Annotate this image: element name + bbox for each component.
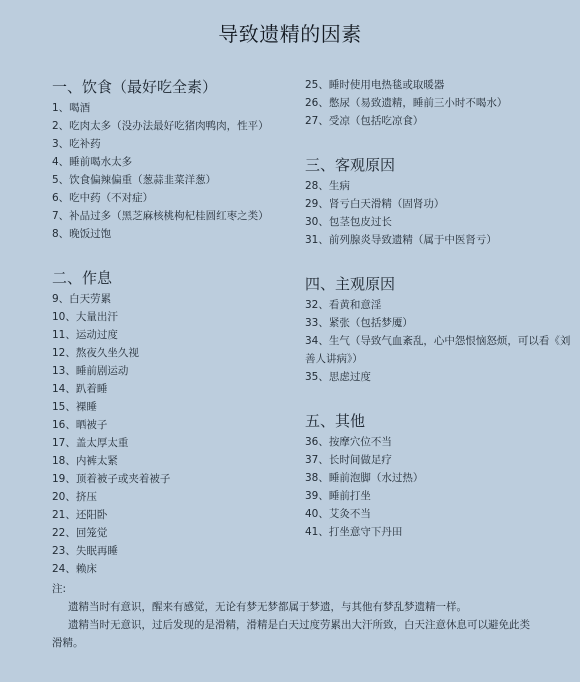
spacer [305, 386, 575, 410]
list-item: 4、睡前喝水太多 [52, 153, 292, 171]
list-item: 35、思虑过度 [305, 368, 575, 386]
list-item: 29、肾亏白天滑精（固肾功） [305, 195, 575, 213]
list-item: 23、失眠再睡 [52, 542, 292, 560]
list-item: 26、憋尿（易致遗精，睡前三小时不喝水） [305, 94, 575, 112]
list-item: 10、大量出汗 [52, 308, 292, 326]
list-item: 38、睡前泡脚（水过热） [305, 469, 575, 487]
list-item: 24、赖床 [52, 560, 292, 578]
list-item: 9、白天劳累 [52, 290, 292, 308]
list-item: 39、睡前打坐 [305, 487, 575, 505]
list-item: 14、趴着睡 [52, 380, 292, 398]
spacer [52, 243, 292, 267]
list-item: 2、吃肉太多（没办法最好吃猪肉鸭肉，性平） [52, 117, 292, 135]
notes-paragraph: 遗精当时无意识，过后发现的是滑精，滑精是白天过度劳累出大汗所致，白天注意休息可以… [52, 616, 532, 652]
list-item: 19、顶着被子或夹着被子 [52, 470, 292, 488]
notes-label: 注: [52, 580, 532, 598]
list-item: 28、生病 [305, 177, 575, 195]
spacer [305, 130, 575, 154]
list-item: 11、运动过度 [52, 326, 292, 344]
notes-block: 注: 遗精当时有意识，醒来有感觉，无论有梦无梦都属于梦遗，与其他有梦乱梦遗精一样… [52, 580, 532, 652]
list-item: 32、看黄和意淫 [305, 296, 575, 314]
list-item: 33、紧张（包括梦魇） [305, 314, 575, 332]
list-item: 22、回笼觉 [52, 524, 292, 542]
notes-paragraph: 遗精当时有意识，醒来有感觉，无论有梦无梦都属于梦遗，与其他有梦乱梦遗精一样。 [52, 598, 532, 616]
list-item: 41、打坐意守下丹田 [305, 523, 575, 541]
list-item: 8、晚饭过饱 [52, 225, 292, 243]
list-item: 18、内裤太紧 [52, 452, 292, 470]
list-item: 21、还阳卧 [52, 506, 292, 524]
list-item: 37、长时间做足疗 [305, 451, 575, 469]
section-heading-diet: 一、饮食（最好吃全素） [52, 76, 292, 98]
list-item: 5、饮食偏辣偏重（葱蒜韭菜洋葱） [52, 171, 292, 189]
list-item: 12、熬夜久坐久视 [52, 344, 292, 362]
list-item: 17、盖太厚太重 [52, 434, 292, 452]
list-item: 31、前列腺炎导致遗精（属于中医肾亏） [305, 231, 575, 249]
list-item: 36、按摩穴位不当 [305, 433, 575, 451]
list-item: 27、受凉（包括吃凉食） [305, 112, 575, 130]
section-heading-objective: 三、客观原因 [305, 154, 575, 176]
right-column: 25、睡时使用电热毯或取暖器 26、憋尿（易致遗精，睡前三小时不喝水） 27、受… [305, 76, 575, 541]
left-column: 一、饮食（最好吃全素） 1、喝酒 2、吃肉太多（没办法最好吃猪肉鸭肉，性平） 3… [52, 76, 292, 578]
list-item: 25、睡时使用电热毯或取暖器 [305, 76, 575, 94]
section-heading-other: 五、其他 [305, 410, 575, 432]
list-item: 13、睡前剧运动 [52, 362, 292, 380]
section-heading-subjective: 四、主观原因 [305, 273, 575, 295]
list-item: 30、包茎包皮过长 [305, 213, 575, 231]
list-item: 3、吃补药 [52, 135, 292, 153]
list-item: 7、补品过多（黑芝麻核桃枸杞桂圆红枣之类） [52, 207, 292, 225]
page-title: 导致遗精的因素 [0, 18, 580, 47]
list-item: 16、晒被子 [52, 416, 292, 434]
list-item: 15、裸睡 [52, 398, 292, 416]
list-item: 34、生气（导致气血紊乱，心中怨恨恼怒烦，可以看《刘善人讲病》） [305, 332, 575, 368]
section-heading-routine: 二、作息 [52, 267, 292, 289]
list-item: 1、喝酒 [52, 99, 292, 117]
list-item: 6、吃中药（不对症） [52, 189, 292, 207]
list-item: 40、艾灸不当 [305, 505, 575, 523]
list-item: 20、挤压 [52, 488, 292, 506]
spacer [305, 249, 575, 273]
